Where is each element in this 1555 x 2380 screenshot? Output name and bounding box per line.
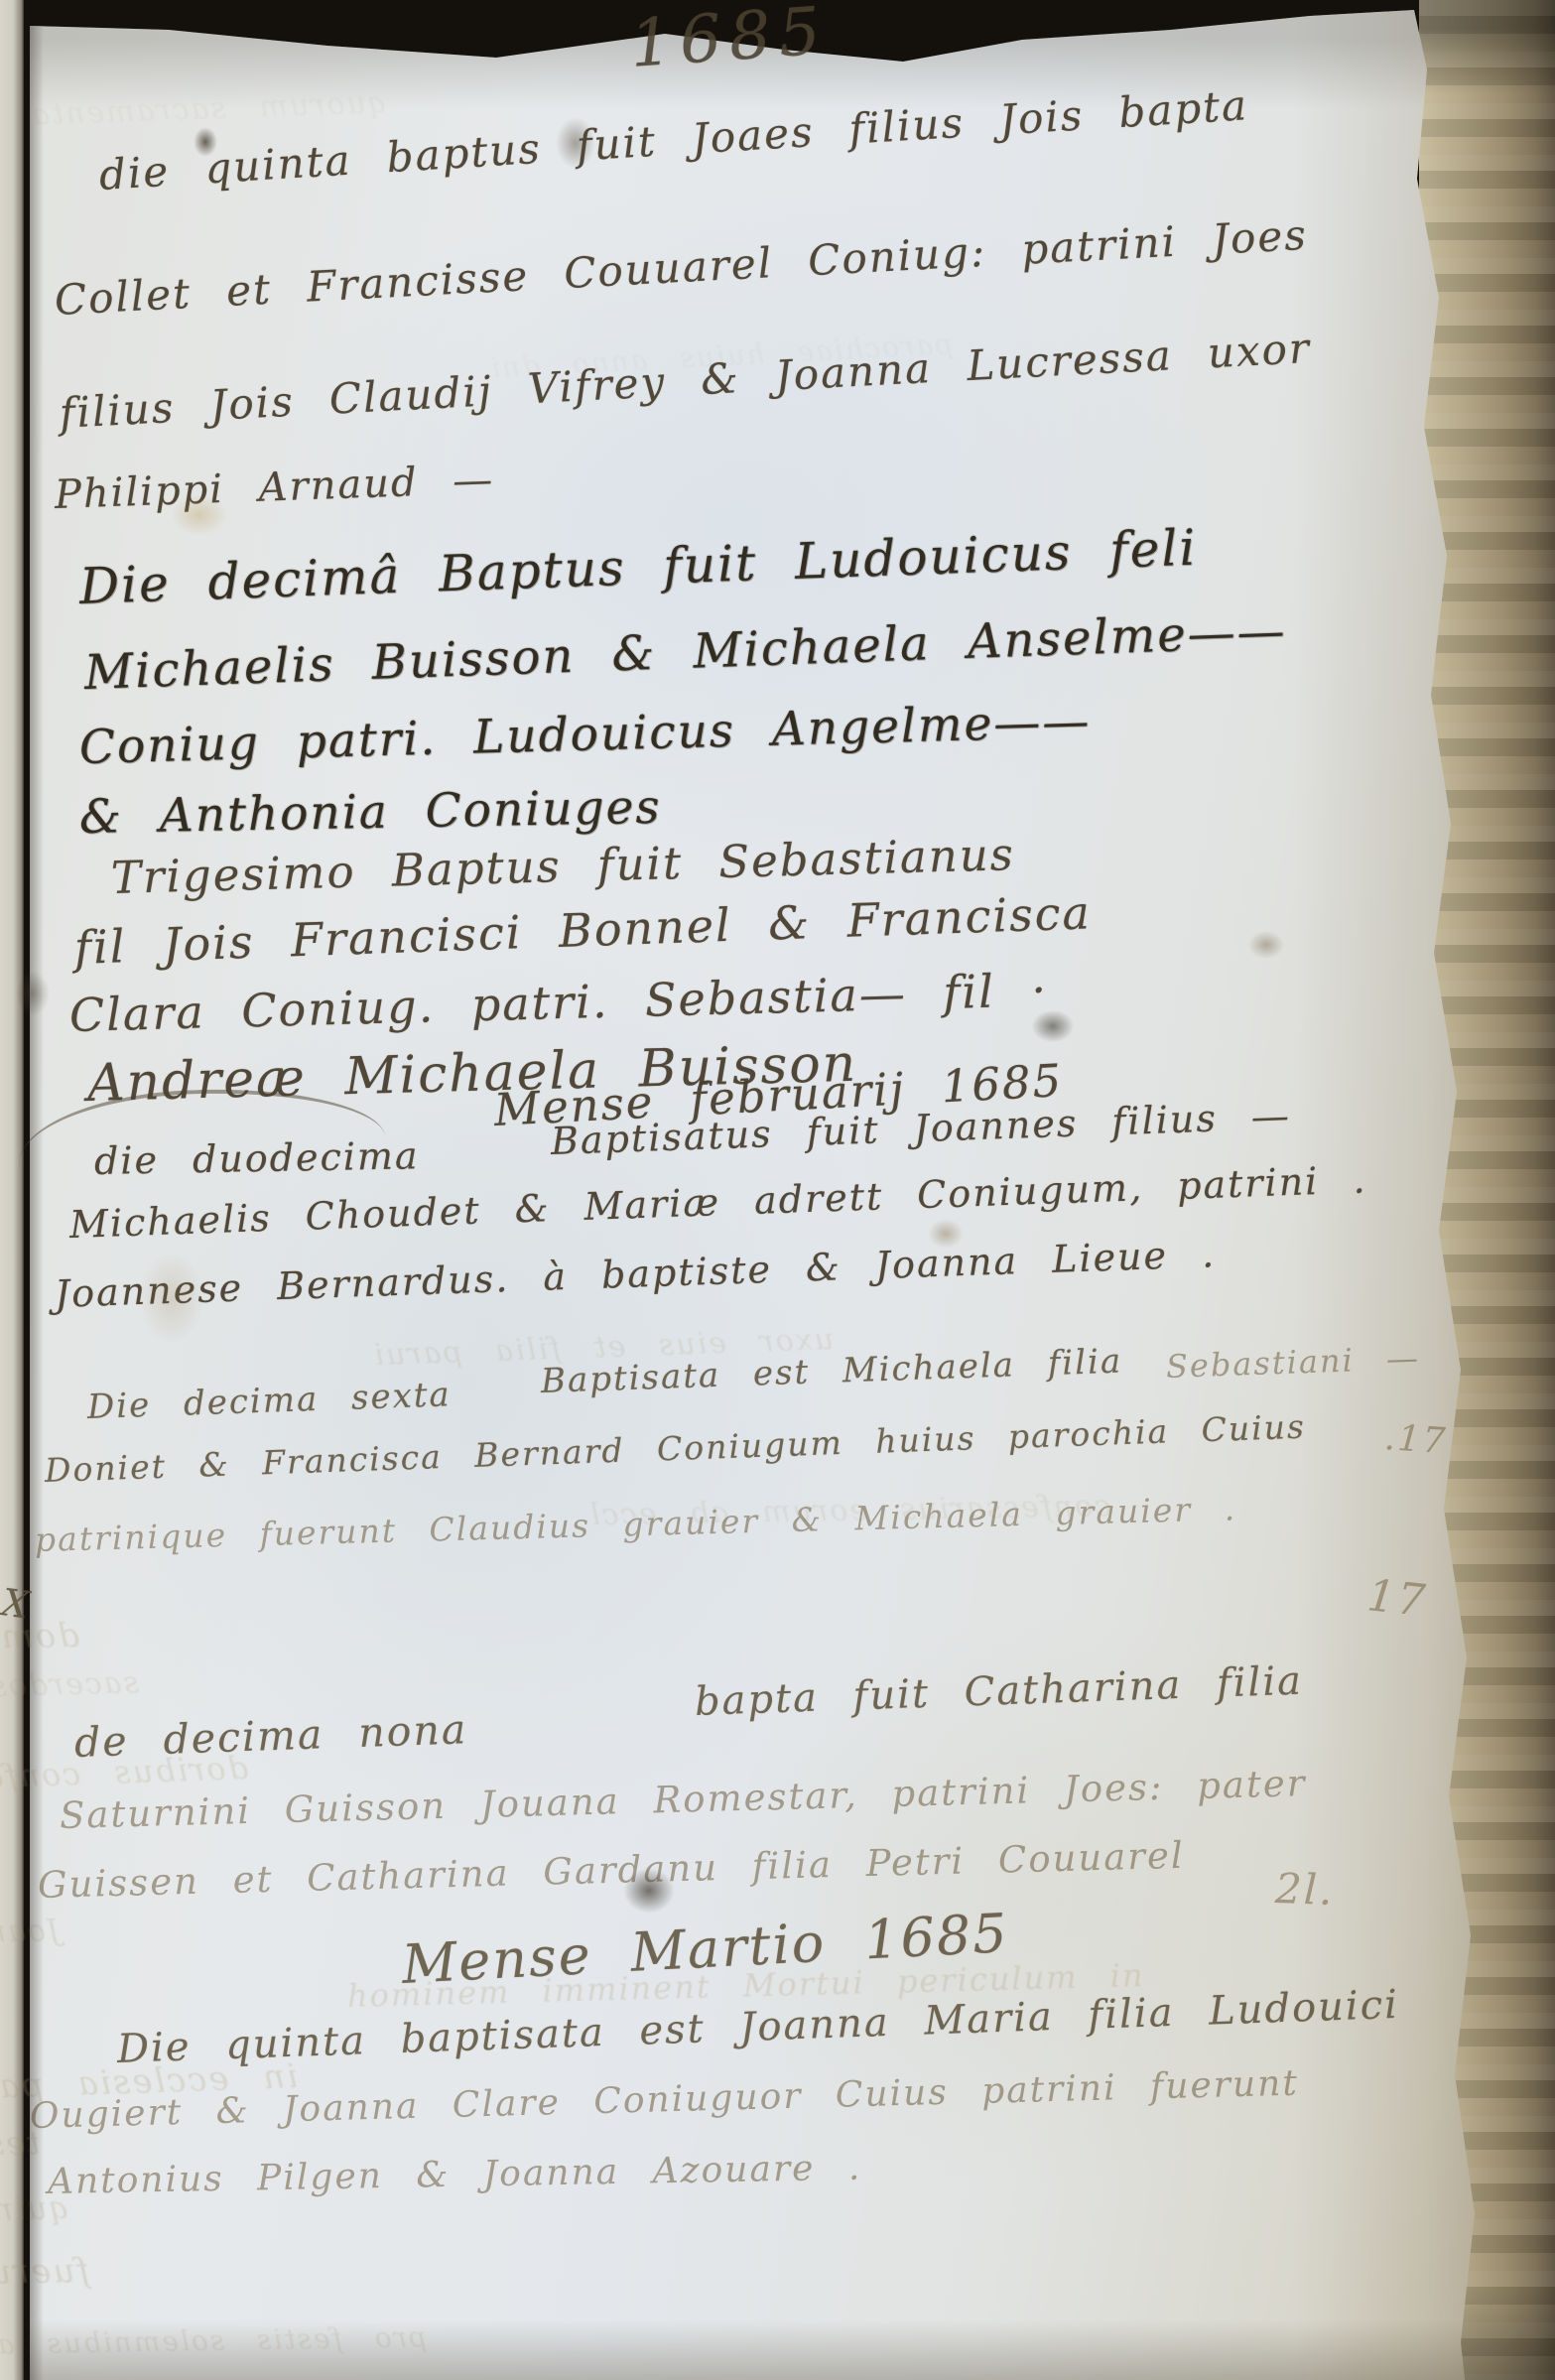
facing-page-edge (0, 0, 24, 2380)
manuscript-page (30, 0, 1498, 2380)
